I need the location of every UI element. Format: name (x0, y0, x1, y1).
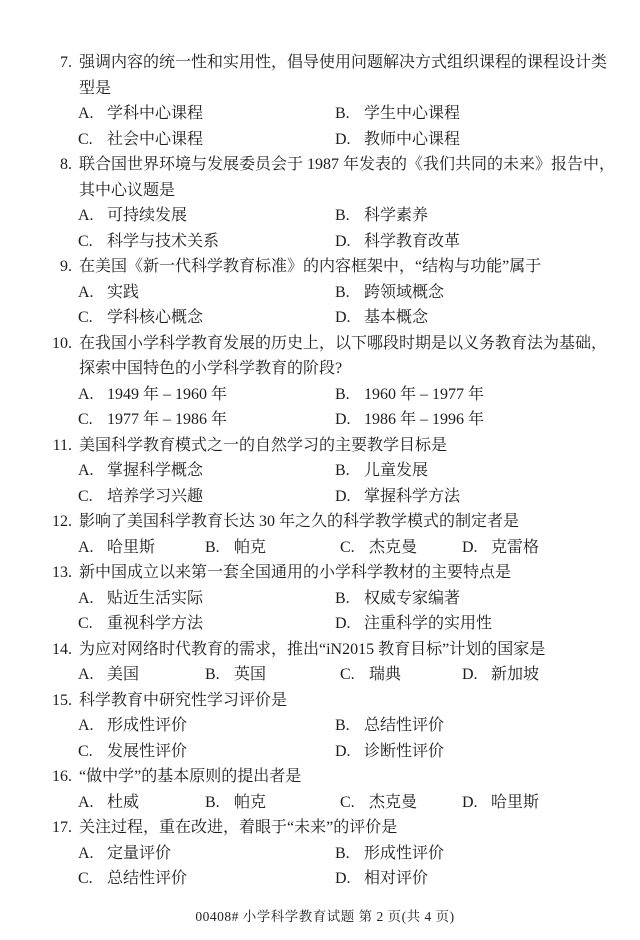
question-number: 10. (30, 331, 79, 357)
answer-option: B.学生中心课程 (335, 101, 620, 127)
answer-option: C.学科核心概念 (78, 305, 335, 331)
option-text: 培养学习兴趣 (107, 488, 203, 505)
question-stem: 强调内容的统一性和实用性，倡导使用问题解决方式组织课程的课程设计类型是 (79, 50, 620, 101)
option-label: B. (335, 382, 355, 408)
option-text: 学科中心课程 (107, 105, 203, 122)
answer-option: D.诊断性评价 (335, 739, 620, 765)
answer-option: C.总结性评价 (78, 866, 335, 892)
option-grid: A.定量评价 B.形成性评价 C.总结性评价 D.相对评价 (78, 841, 620, 892)
answer-option: A.美国 (78, 662, 205, 688)
option-text: 贴近生活实际 (107, 590, 203, 607)
question: 7. 强调内容的统一性和实用性，倡导使用问题解决方式组织课程的课程设计类型是 A… (30, 50, 620, 152)
option-grid: A.可持续发展 B.科学素养 C.科学与技术关系 D.科学教育改革 (78, 203, 620, 254)
option-text: 总结性评价 (107, 870, 187, 887)
option-grid: A.形成性评价 B.总结性评价 C.发展性评价 D.诊断性评价 (78, 713, 620, 764)
question-number: 14. (30, 637, 79, 663)
option-text: 儿童发展 (364, 462, 428, 479)
option-label: B. (335, 713, 355, 739)
option-label: C. (78, 484, 98, 510)
question-stem: 在我国小学科学教育发展的历史上，以下哪段时期是以义务教育法为基础，探索中国特色的… (79, 331, 620, 382)
option-text: 科学教育改革 (364, 233, 460, 250)
question-number: 16. (30, 764, 79, 790)
option-label: A. (78, 203, 98, 229)
option-label: B. (335, 101, 355, 127)
option-label: D. (335, 127, 355, 153)
answer-option: A.定量评价 (78, 841, 335, 867)
question-stem-row: 13. 新中国成立以来第一套全国通用的小学科学教材的主要特点是 (30, 560, 620, 586)
option-label: D. (462, 662, 482, 688)
option-text: 形成性评价 (107, 717, 187, 734)
answer-option: A.掌握科学概念 (78, 458, 335, 484)
answer-option: D.1986 年 – 1996 年 (335, 407, 620, 433)
option-label: B. (335, 203, 355, 229)
answer-option: D.掌握科学方法 (335, 484, 620, 510)
question: 8. 联合国世界环境与发展委员会于 1987 年发表的《我们共同的未来》报告中，… (30, 152, 620, 254)
option-label: B. (335, 280, 355, 306)
option-label: A. (78, 458, 98, 484)
option-text: 美国 (107, 666, 139, 683)
answer-option: B.帕克 (205, 790, 340, 816)
question-stem-row: 10. 在我国小学科学教育发展的历史上，以下哪段时期是以义务教育法为基础，探索中… (30, 331, 620, 382)
option-label: C. (78, 866, 98, 892)
question-number: 11. (30, 433, 79, 459)
answer-option: B.科学素养 (335, 203, 620, 229)
option-label: D. (462, 535, 482, 561)
answer-option: C.1977 年 – 1986 年 (78, 407, 335, 433)
question-number: 9. (30, 254, 79, 280)
option-text: 注重科学的实用性 (364, 615, 492, 632)
answer-option: C.培养学习兴趣 (78, 484, 335, 510)
question-number: 13. (30, 560, 79, 586)
option-label: C. (340, 662, 360, 688)
option-label: A. (78, 280, 98, 306)
option-label: D. (335, 866, 355, 892)
question: 14. 为应对网络时代教育的需求，推出“iN2015 教育目标”计划的国家是 A… (30, 637, 620, 688)
option-label: C. (78, 611, 98, 637)
answer-option: C.科学与技术关系 (78, 229, 335, 255)
answer-option: A.形成性评价 (78, 713, 335, 739)
question-number: 8. (30, 152, 79, 178)
question-stem: 在美国《新一代科学教育标准》的内容框架中，“结构与功能”属于 (79, 254, 620, 280)
answer-option: D.相对评价 (335, 866, 620, 892)
answer-option: D.哈里斯 (462, 790, 620, 816)
question-number: 7. (30, 50, 79, 76)
question-stem-row: 16. “做中学”的基本原则的提出者是 (30, 764, 620, 790)
answer-option: D.教师中心课程 (335, 127, 620, 153)
answer-option: A.1949 年 – 1960 年 (78, 382, 335, 408)
option-text: 科学与技术关系 (107, 233, 219, 250)
answer-option: A.学科中心课程 (78, 101, 335, 127)
option-text: 权威专家编著 (364, 590, 460, 607)
option-text: 哈里斯 (491, 794, 539, 811)
option-text: 杜威 (107, 794, 139, 811)
option-label: A. (78, 790, 98, 816)
option-text: 相对评价 (364, 870, 428, 887)
option-text: 重视科学方法 (107, 615, 203, 632)
answer-option: A.实践 (78, 280, 335, 306)
answer-option: C.发展性评价 (78, 739, 335, 765)
option-grid: A.1949 年 – 1960 年 B.1960 年 – 1977 年 C.19… (78, 382, 620, 433)
question-stem: 为应对网络时代教育的需求，推出“iN2015 教育目标”计划的国家是 (79, 637, 620, 663)
option-text: 克雷格 (491, 539, 539, 556)
question: 9. 在美国《新一代科学教育标准》的内容框架中，“结构与功能”属于 A.实践 B… (30, 254, 620, 331)
option-label: A. (78, 662, 98, 688)
question: 17. 关注过程，重在改进，着眼于“未来”的评价是 A.定量评价 B.形成性评价… (30, 815, 620, 892)
question-stem-row: 9. 在美国《新一代科学教育标准》的内容框架中，“结构与功能”属于 (30, 254, 620, 280)
option-text: 形成性评价 (364, 845, 444, 862)
option-text: 1986 年 – 1996 年 (364, 411, 484, 428)
question: 13. 新中国成立以来第一套全国通用的小学科学教材的主要特点是 A.贴近生活实际… (30, 560, 620, 637)
answer-option: D.克雷格 (462, 535, 620, 561)
option-label: C. (340, 790, 360, 816)
option-text: 实践 (107, 284, 139, 301)
question-number: 17. (30, 815, 79, 841)
answer-option: B.总结性评价 (335, 713, 620, 739)
option-label: C. (78, 739, 98, 765)
question-stem: 影响了美国科学教育长达 30 年之久的科学教学模式的制定者是 (79, 509, 620, 535)
question: 15. 科学教育中研究性学习评价是 A.形成性评价 B.总结性评价 C.发展性评… (30, 688, 620, 765)
option-grid: A.学科中心课程 B.学生中心课程 C.社会中心课程 D.教师中心课程 (78, 101, 620, 152)
option-label: C. (78, 229, 98, 255)
option-label: A. (78, 841, 98, 867)
option-text: 瑞典 (369, 666, 401, 683)
option-text: 杰克曼 (369, 794, 417, 811)
answer-option: B.跨领域概念 (335, 280, 620, 306)
question-stem-row: 15. 科学教育中研究性学习评价是 (30, 688, 620, 714)
question-stem-row: 14. 为应对网络时代教育的需求，推出“iN2015 教育目标”计划的国家是 (30, 637, 620, 663)
option-text: 社会中心课程 (107, 131, 203, 148)
option-text: 基本概念 (364, 309, 428, 326)
option-text: 学生中心课程 (364, 105, 460, 122)
option-text: 帕克 (234, 794, 266, 811)
option-label: A. (78, 535, 98, 561)
option-label: D. (335, 305, 355, 331)
option-label: C. (78, 305, 98, 331)
option-label: B. (335, 586, 355, 612)
option-text: 1977 年 – 1986 年 (107, 411, 227, 428)
option-label: B. (205, 662, 225, 688)
answer-option: B.帕克 (205, 535, 340, 561)
option-label: D. (335, 484, 355, 510)
question: 16. “做中学”的基本原则的提出者是 A.杜威 B.帕克 C.杰克曼 D.哈里… (30, 764, 620, 815)
question-stem: 联合国世界环境与发展委员会于 1987 年发表的《我们共同的未来》报告中，其中心… (79, 152, 620, 203)
answer-option: D.新加坡 (462, 662, 620, 688)
answer-option: C.瑞典 (340, 662, 462, 688)
option-text: 总结性评价 (364, 717, 444, 734)
answer-option: B.儿童发展 (335, 458, 620, 484)
option-label: D. (335, 229, 355, 255)
option-text: 杰克曼 (369, 539, 417, 556)
option-grid: A.哈里斯 B.帕克 C.杰克曼 D.克雷格 (78, 535, 620, 561)
option-text: 掌握科学方法 (364, 488, 460, 505)
option-grid: A.掌握科学概念 B.儿童发展 C.培养学习兴趣 D.掌握科学方法 (78, 458, 620, 509)
footer-text: 00408# 小学科学教育试题 第 2 页(共 4 页) (195, 909, 454, 924)
question-list: 7. 强调内容的统一性和实用性，倡导使用问题解决方式组织课程的课程设计类型是 A… (30, 50, 620, 892)
option-label: B. (205, 790, 225, 816)
option-grid: A.美国 B.英国 C.瑞典 D.新加坡 (78, 662, 620, 688)
option-text: 可持续发展 (107, 207, 187, 224)
option-label: D. (335, 739, 355, 765)
option-label: D. (462, 790, 482, 816)
question-stem-row: 17. 关注过程，重在改进，着眼于“未来”的评价是 (30, 815, 620, 841)
answer-option: D.注重科学的实用性 (335, 611, 620, 637)
answer-option: A.杜威 (78, 790, 205, 816)
question-stem-row: 7. 强调内容的统一性和实用性，倡导使用问题解决方式组织课程的课程设计类型是 (30, 50, 620, 101)
option-label: B. (335, 841, 355, 867)
option-label: A. (78, 713, 98, 739)
question-stem-row: 8. 联合国世界环境与发展委员会于 1987 年发表的《我们共同的未来》报告中，… (30, 152, 620, 203)
option-label: A. (78, 101, 98, 127)
page-footer: 00408# 小学科学教育试题 第 2 页(共 4 页) (30, 905, 620, 925)
answer-option: A.哈里斯 (78, 535, 205, 561)
option-text: 帕克 (234, 539, 266, 556)
answer-option: B.权威专家编著 (335, 586, 620, 612)
option-label: D. (335, 611, 355, 637)
option-grid: A.实践 B.跨领域概念 C.学科核心概念 D.基本概念 (78, 280, 620, 331)
question: 10. 在我国小学科学教育发展的历史上，以下哪段时期是以义务教育法为基础，探索中… (30, 331, 620, 433)
option-label: B. (205, 535, 225, 561)
answer-option: A.贴近生活实际 (78, 586, 335, 612)
option-grid: A.贴近生活实际 B.权威专家编著 C.重视科学方法 D.注重科学的实用性 (78, 586, 620, 637)
answer-option: C.重视科学方法 (78, 611, 335, 637)
answer-option: C.社会中心课程 (78, 127, 335, 153)
option-text: 哈里斯 (107, 539, 155, 556)
question-stem: 美国科学教育模式之一的自然学习的主要教学目标是 (79, 433, 620, 459)
option-label: C. (340, 535, 360, 561)
option-grid: A.杜威 B.帕克 C.杰克曼 D.哈里斯 (78, 790, 620, 816)
answer-option: B.形成性评价 (335, 841, 620, 867)
answer-option: C.杰克曼 (340, 790, 462, 816)
answer-option: D.科学教育改革 (335, 229, 620, 255)
option-label: B. (335, 458, 355, 484)
option-text: 掌握科学概念 (107, 462, 203, 479)
option-label: A. (78, 586, 98, 612)
exam-page: 7. 强调内容的统一性和实用性，倡导使用问题解决方式组织课程的课程设计类型是 A… (0, 0, 640, 940)
option-text: 跨领域概念 (364, 284, 444, 301)
question-number: 15. (30, 688, 79, 714)
option-text: 教师中心课程 (364, 131, 460, 148)
option-label: A. (78, 382, 98, 408)
answer-option: B.英国 (205, 662, 340, 688)
question-stem-row: 12. 影响了美国科学教育长达 30 年之久的科学教学模式的制定者是 (30, 509, 620, 535)
question: 12. 影响了美国科学教育长达 30 年之久的科学教学模式的制定者是 A.哈里斯… (30, 509, 620, 560)
option-text: 定量评价 (107, 845, 171, 862)
answer-option: D.基本概念 (335, 305, 620, 331)
question-stem: 关注过程，重在改进，着眼于“未来”的评价是 (79, 815, 620, 841)
option-text: 科学素养 (364, 207, 428, 224)
question-stem-row: 11. 美国科学教育模式之一的自然学习的主要教学目标是 (30, 433, 620, 459)
question: 11. 美国科学教育模式之一的自然学习的主要教学目标是 A.掌握科学概念 B.儿… (30, 433, 620, 510)
option-text: 学科核心概念 (107, 309, 203, 326)
option-text: 诊断性评价 (364, 743, 444, 760)
option-text: 英国 (234, 666, 266, 683)
option-label: C. (78, 407, 98, 433)
option-label: C. (78, 127, 98, 153)
option-text: 发展性评价 (107, 743, 187, 760)
answer-option: B.1960 年 – 1977 年 (335, 382, 620, 408)
answer-option: C.杰克曼 (340, 535, 462, 561)
question-stem: 科学教育中研究性学习评价是 (79, 688, 620, 714)
answer-option: A.可持续发展 (78, 203, 335, 229)
option-label: D. (335, 407, 355, 433)
option-text: 1949 年 – 1960 年 (107, 386, 227, 403)
question-number: 12. (30, 509, 79, 535)
option-text: 新加坡 (491, 666, 539, 683)
question-stem: 新中国成立以来第一套全国通用的小学科学教材的主要特点是 (79, 560, 620, 586)
option-text: 1960 年 – 1977 年 (364, 386, 484, 403)
question-stem: “做中学”的基本原则的提出者是 (79, 764, 620, 790)
